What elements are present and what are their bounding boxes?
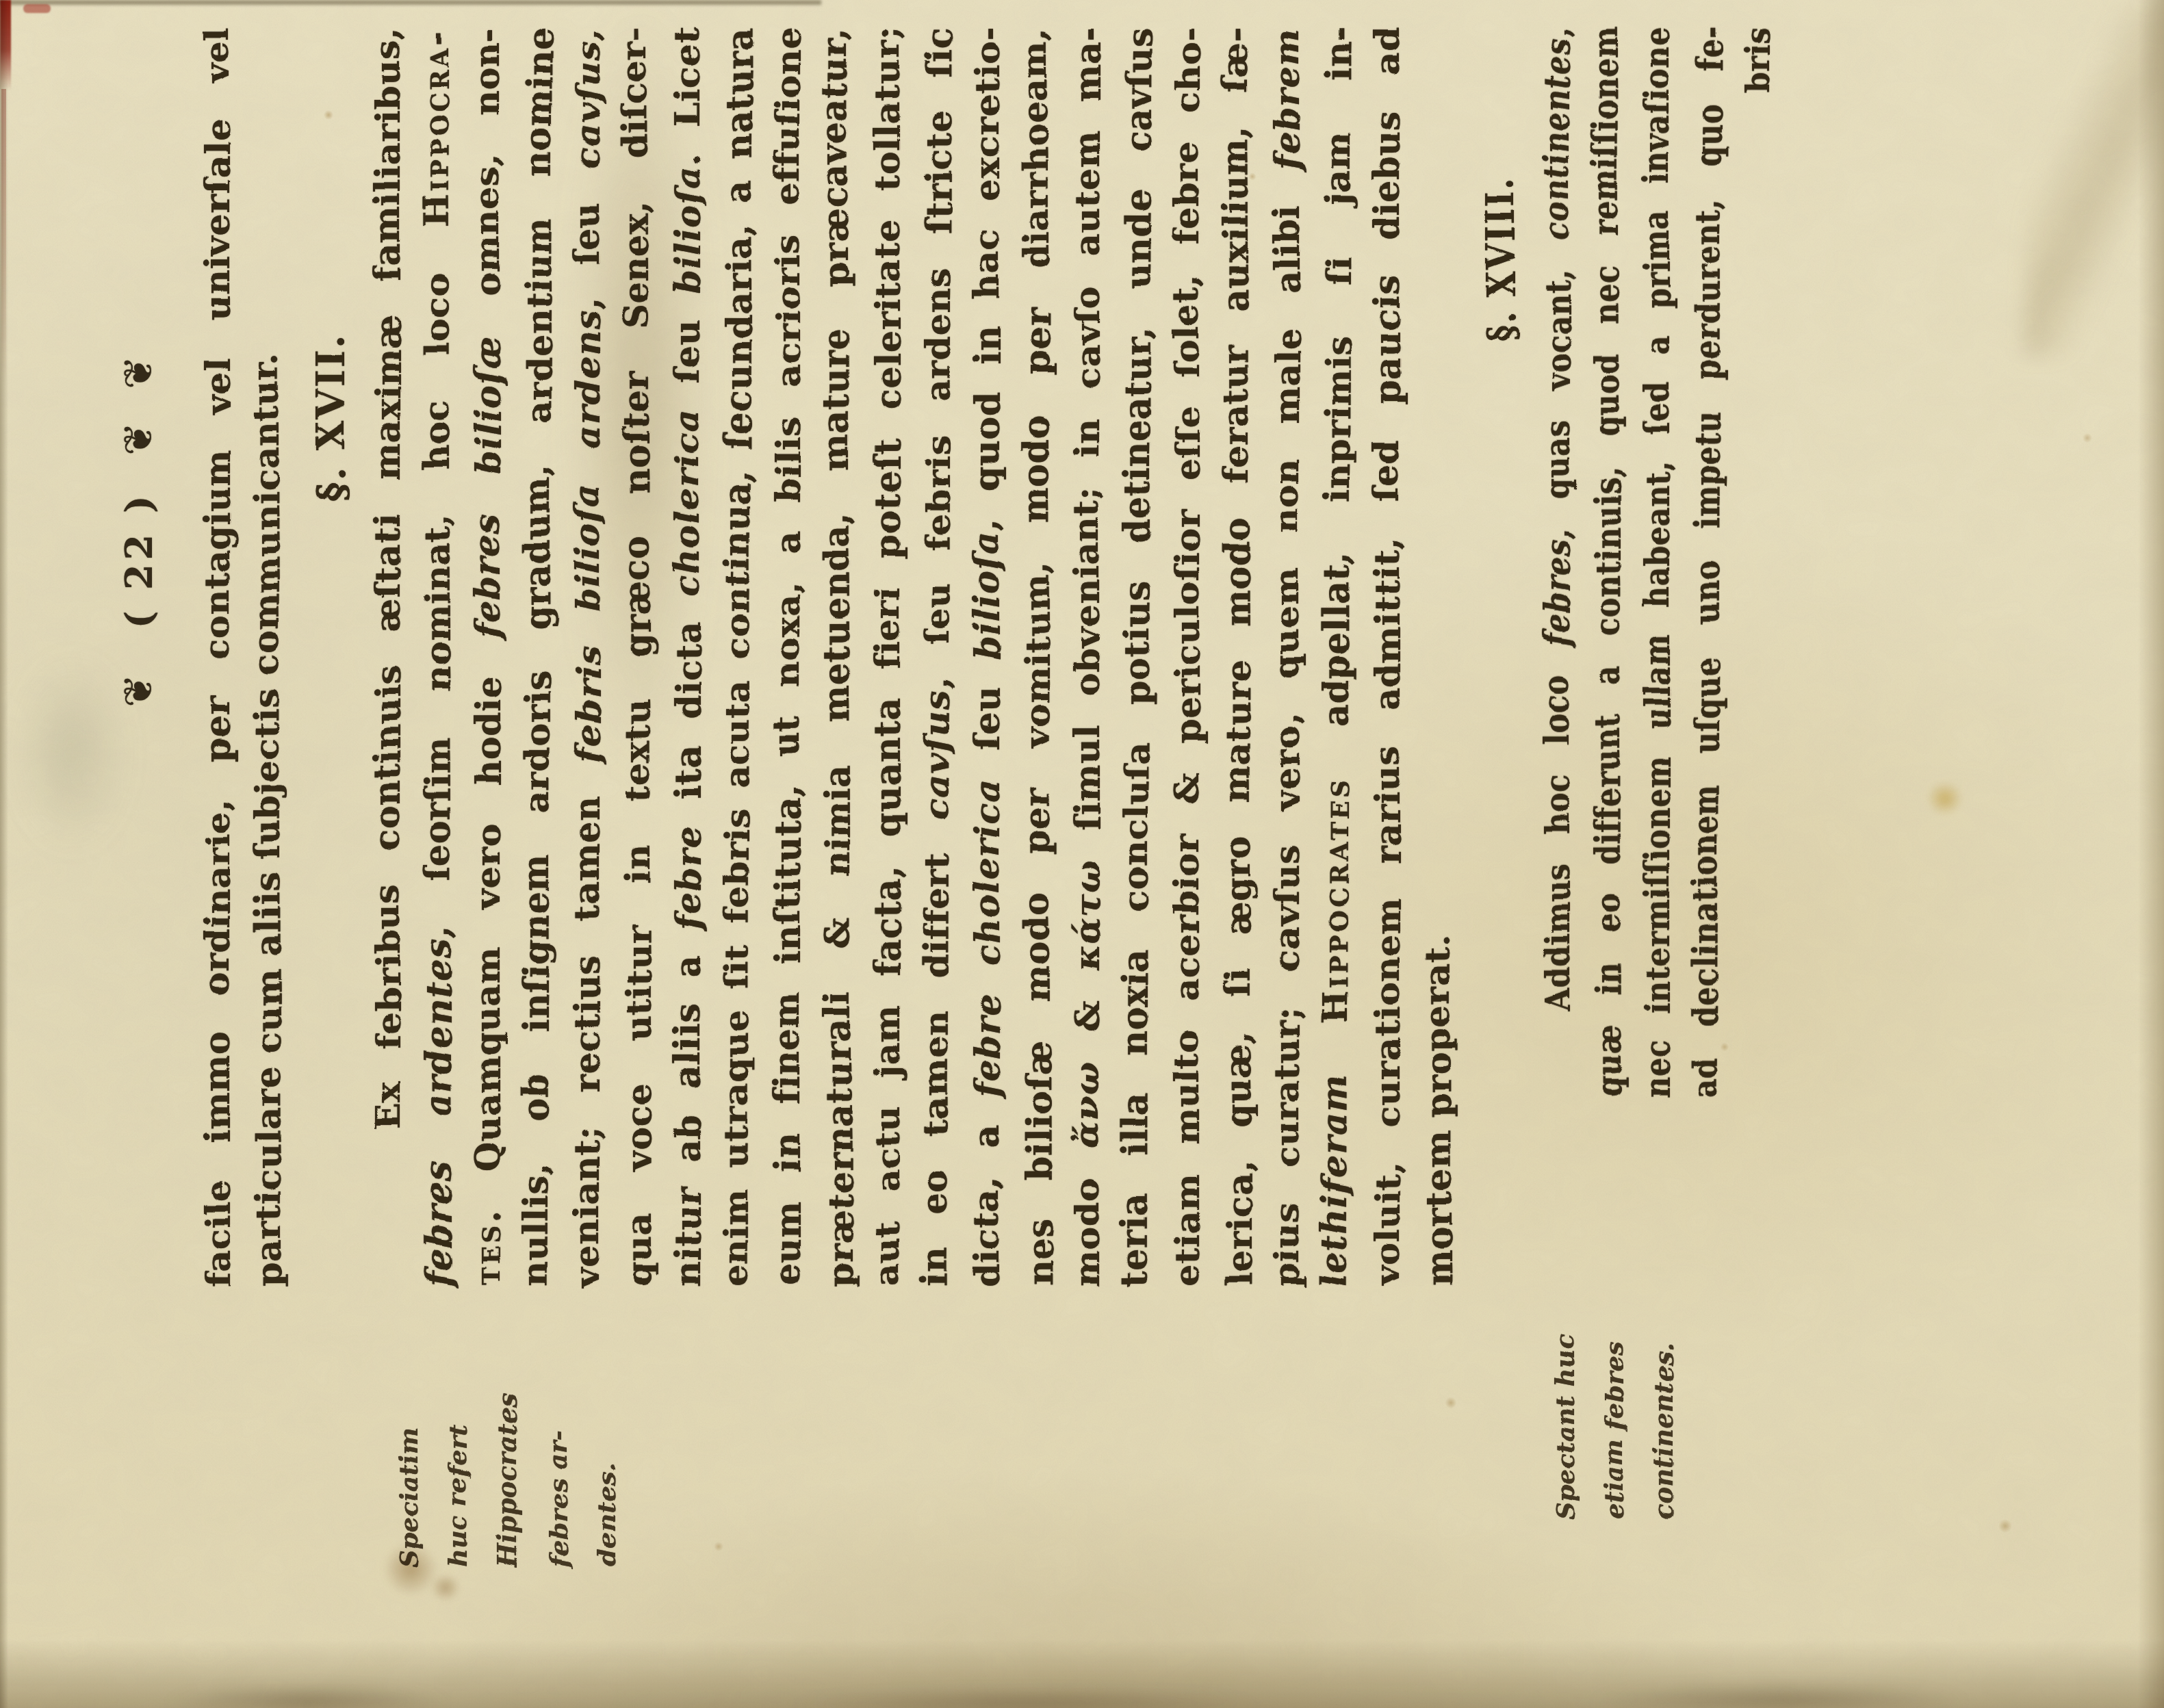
paragraph: facile immo ordinarie, per contagium vel… [193,27,293,1286]
margin-note-line: Hippocrates [483,1394,533,1567]
text-line: pius curatur; cavſus vero, quem non male… [1263,27,1313,1286]
paragraph: Ex febribus continuis æſtati maximæ fami… [363,27,1463,1286]
text-line: veniant; rectius tamen febris bilioſa ar… [563,27,613,1286]
text-line: tes. Quamquam vero hodie febres bilioſæ … [463,27,513,1286]
fleuron-right-icon: ❦ ❦ [115,346,162,455]
paragraph: Addimus hoc loco febres, quas vocant, co… [1533,27,1733,1098]
margin-note-line: huc refert [433,1394,483,1567]
text-line: præternaturali & nimia metuenda, mature … [811,27,865,1286]
text-line: particulare cum aliis ſubjectis communic… [241,27,295,1286]
margin-note-hippocrates: Speciatimhuc refertHippocratesfebres ar-… [383,1394,633,1567]
margin-note-continentes: Spectant hucetiam febrescontinentes. [1540,1332,1690,1519]
text-line: teria illa noxia concluſa potius detinea… [1110,27,1165,1286]
text-line: enim utraque ſit febris acuta continua, … [710,27,765,1286]
text-line: voluit, curationem rarius admittit, ſed … [1363,27,1413,1286]
section-heading: §. XVIII. [1476,0,1526,795]
text-line: Addimus hoc loco febres, quas vocant, co… [1533,27,1583,1098]
margin-note-line: dentes. [583,1394,633,1567]
margin-note-line: Spectant huc [1540,1332,1590,1519]
book-page: ❦ ( 22 ) ❦ ❦ facile immo ordinarie, per … [0,0,2164,1708]
section-block-xvii: facile immo ordinarie, per contagium vel… [193,27,1463,1286]
text-block: facile immo ordinarie, per contagium vel… [193,27,1783,1286]
margin-note-line: continentes. [1640,1332,1690,1519]
text-line: modo ἄνω & κάτω ſimul obveniant; in cavſ… [1063,27,1113,1286]
scanned-book-page: ❦ ( 22 ) ❦ ❦ facile immo ordinarie, per … [0,0,2164,1708]
section-heading: §. XVII. [307,0,357,1047]
text-line: facile immo ordinarie, per contagium vel… [193,27,243,1286]
text-line: Ex febribus continuis æſtati maximæ fami… [363,27,413,1286]
margin-note-line: febres ar- [533,1394,583,1567]
text-line: nes bilioſæ modo per vomitum, modo per d… [1011,27,1065,1286]
text-line: qua voce utitur in textu græco noſter Se… [611,27,665,1286]
text-line: mortem properat. [1411,27,1465,1286]
text-line: dicta, a febre cholerica ſeu bilioſa, qu… [963,27,1013,1286]
text-line: eum in finem inſtituta, ut noxa, a bilis… [763,27,813,1286]
text-line: quæ in eo differunt a continuis, quod ne… [1581,27,1635,1098]
margin-note-line: Speciatim [383,1394,433,1567]
text-line: in eo tamen differt cavſus, ſeu febris a… [910,27,965,1286]
text-line: nullis, ob inſignem ardoris gradum, arde… [511,27,565,1286]
fleuron-left-icon: ❦ [115,664,162,708]
catchword: bris [1733,27,1783,1098]
text-line: nitur ab aliis a febre ita dicta choleri… [663,27,713,1286]
text-line: nec intermiſſionem ullam habeant, ſed a … [1633,27,1683,1098]
running-head: ❦ ( 22 ) ❦ ❦ [115,0,162,1156]
text-line: etiam multo acerbior & periculoſior eſſe… [1163,27,1213,1286]
page-number: ( 22 ) [117,472,161,647]
text-line: lethiferam Hippocrates adpellat, inprimi… [1310,27,1365,1286]
text-line: febres ardentes, ſeorſim nominat, hoc lo… [411,27,465,1286]
margin-note-line: etiam febres [1590,1332,1640,1519]
text-line: aut actu jam facta, quanta fieri poteſt … [863,27,913,1286]
text-line: ad declinationem uſque uno impetu perdur… [1680,27,1735,1098]
section-block-xviii: §. XVIII.Addimus hoc loco febres, quas v… [1476,27,1783,1098]
text-line: lerica, quæ, ſi ægro mature modo feratur… [1211,27,1265,1286]
